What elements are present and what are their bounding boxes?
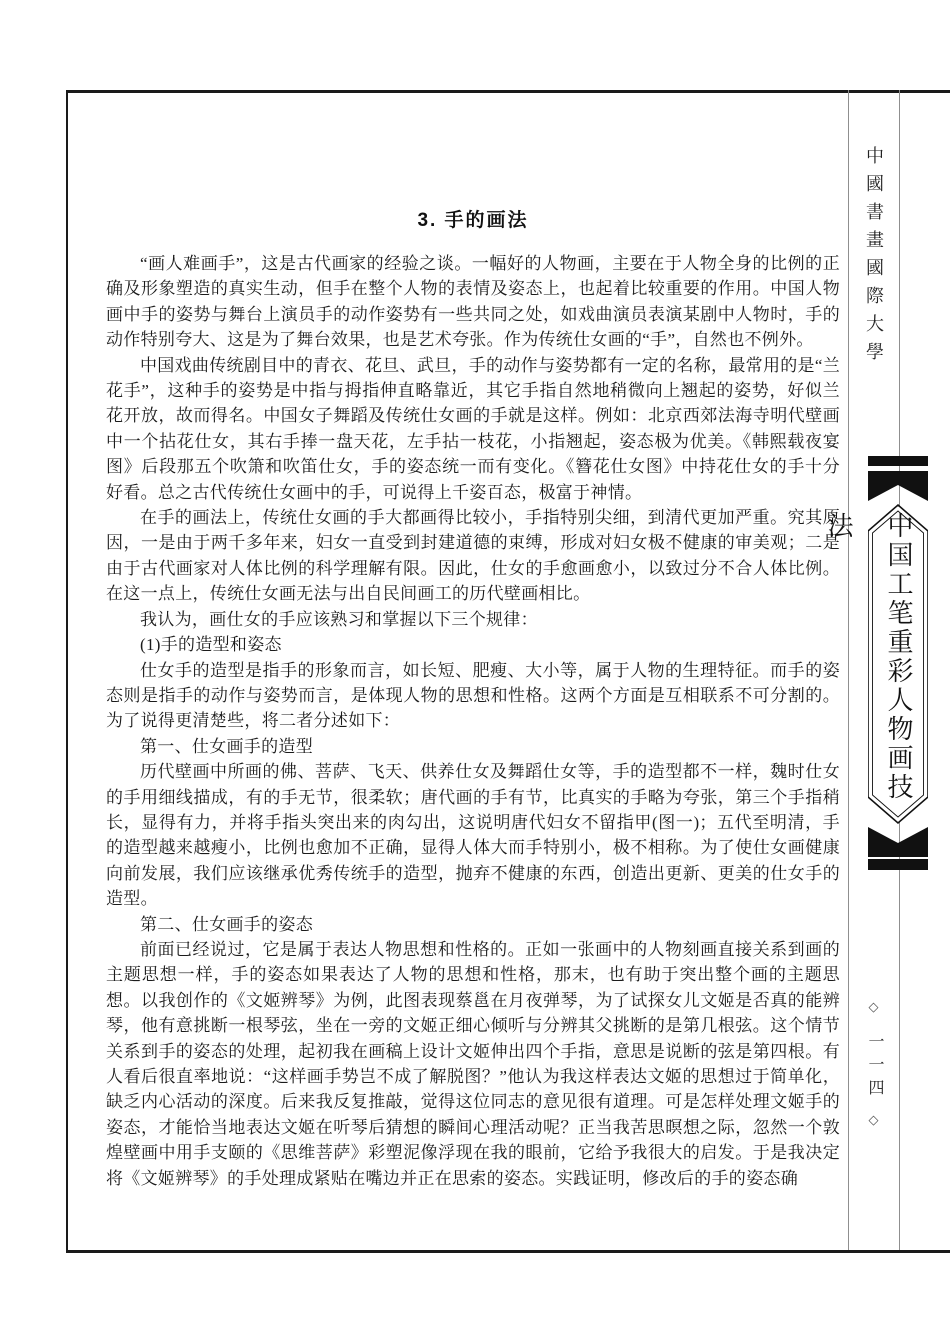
page-number-column: ◇ 一一四 ◇ xyxy=(848,1000,900,1140)
book-title-banner: 中国工笔重彩人物画技法 xyxy=(868,455,928,870)
sidebar-university-vertical-text: 中國書畫國際大學 xyxy=(848,146,900,406)
frame-left-border xyxy=(66,90,68,1253)
body-paragraph: 我认为，画仕女的手应该熟习和掌握以下三个规律： xyxy=(106,607,840,632)
page-number: 一一四 xyxy=(866,1033,883,1102)
body-paragraph-subheading: 第二、仕女画手的姿态 xyxy=(106,912,840,937)
body-paragraph: 历代壁画中所画的佛、菩萨、飞天、供养仕女及舞蹈仕女等，手的造型都不一样，魏时仕女… xyxy=(106,759,840,911)
banner-bottom-ribbon xyxy=(868,827,928,857)
frame-top-border xyxy=(66,90,950,93)
banner-bottom-bar xyxy=(868,859,928,870)
main-text-column: 3. 手的画法 “画人难画手”，这是古代画家的经验之谈。一幅好的人物画，主要在于… xyxy=(106,196,840,1191)
diamond-ornament-icon: ◇ xyxy=(867,1000,882,1022)
body-paragraph: “画人难画手”，这是古代画家的经验之谈。一幅好的人物画，主要在于人物全身的比例的… xyxy=(106,251,840,353)
banner-top-bar xyxy=(868,456,928,466)
body-paragraph: 在手的画法上，传统仕女画的手大都画得比较小，手指特别尖细，到清代更加严重。究其原… xyxy=(106,505,840,607)
section-title: 3. 手的画法 xyxy=(106,196,840,232)
banner-book-title-vertical-text: 中国工笔重彩人物画技法 xyxy=(868,512,928,818)
frame-bottom-border xyxy=(66,1250,950,1253)
body-paragraph: 仕女手的造型是指手的形象而言，如长短、肥瘦、大小等，属于人物的生理特征。而手的姿… xyxy=(106,658,840,734)
body-paragraph: 前面已经说过，它是属于表达人物思想和性格的。正如一张画中的人物刻画直接关系到画的… xyxy=(106,937,840,1191)
diamond-ornament-icon: ◇ xyxy=(867,1113,882,1135)
body-paragraph: 中国戏曲传统剧目中的青衣、花旦、武旦，手的动作与姿势都有一定的名称，最常用的是“… xyxy=(106,353,840,505)
body-paragraph-subheading: 第一、仕女画手的造型 xyxy=(106,734,840,759)
banner-top-ribbon xyxy=(868,471,928,501)
body-paragraph-subheading: (1)手的造型和姿态 xyxy=(106,632,840,657)
